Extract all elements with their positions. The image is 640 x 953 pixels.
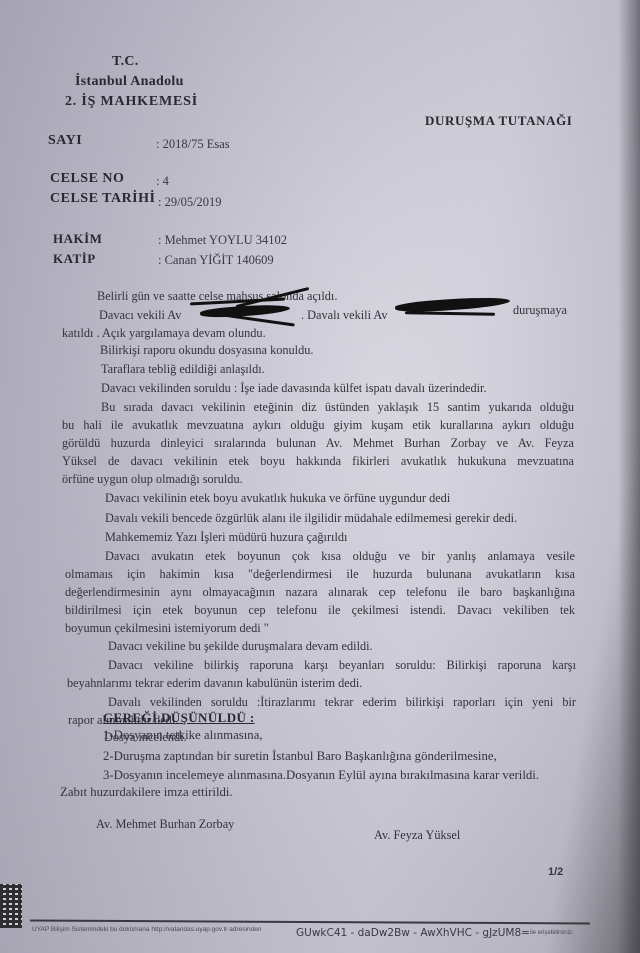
body-line: Davacı vekiline bu şekilde duruşmalara d… (108, 639, 373, 654)
signature-left: Av. Mehmet Burhan Zorbay (96, 817, 234, 832)
body-line: Yüksel de davacı vekilinin etek boyu hak… (62, 454, 574, 469)
document-title: DURUŞMA TUTANAĞI (425, 113, 572, 129)
header-court: 2. İŞ MAHKEMESİ (65, 94, 198, 110)
signature-right: Av. Feyza Yüksel (374, 828, 460, 843)
body-line: boyumun çekilmesini istemiyorum dedi " (65, 621, 269, 636)
body-line: Davacı vekilinin etek boyu avukatlık huk… (105, 491, 450, 506)
hakim-label: HAKİM (53, 231, 102, 247)
celse-tarihi-label: CELSE TARİHİ (50, 191, 155, 207)
body-line: olmamaıs için hakimin kısa "değerlendirm… (65, 567, 575, 582)
decision-item: 3-Dosyanın incelemeye alınmasına.Dosyanı… (103, 768, 539, 783)
decision-item: 2-Duruşma zaptından bir suretin İstanbul… (103, 749, 497, 764)
footer-note: UYAP Bilişim Sistemindeki bu dokümana ht… (32, 926, 261, 933)
body-line: bu hali ile avukatlık mevzuatına aykırı … (62, 418, 574, 433)
katip-value: : Canan YİĞİT 140609 (158, 253, 274, 268)
celse-no-label: CELSE NO (50, 171, 124, 187)
sayi-label: SAYI (48, 133, 82, 149)
body-line: Davacı vekilinden soruldu : İşe iade dav… (101, 381, 487, 396)
page-edge-shadow (618, 0, 640, 953)
katip-label: KATİP (53, 251, 96, 267)
body-line: Davacı vekiline bilirkiş raporuna karşı … (108, 658, 576, 673)
body-line: . Davalı vekili Av (301, 308, 388, 323)
body-line: duruşmaya (513, 303, 567, 318)
body-line: Taraflara tebliğ edildiği anlaşıldı. (101, 362, 265, 377)
verification-code: GUwkC41 - daDw2Bw - AwXhVHC - gJzUM8= (296, 927, 530, 939)
body-line: görüldü huzurda dinleyici sıralarında bu… (62, 436, 574, 451)
celse-no-value: : 4 (156, 174, 169, 189)
decision-item: 1-Dosyanın tetkike alınmasına, (103, 728, 263, 743)
footer-suffix: ile erişebilirsiniz. (530, 930, 574, 936)
body-line: Davalı vekilinden soruldu :İtirazlarımı … (108, 695, 576, 710)
body-line: Davalı vekili bencede özgürlük alanı ile… (105, 511, 517, 526)
body-line: örfüne uygun olup olmadığı soruldu. (62, 472, 243, 487)
body-line: Davacı vekili Av (99, 308, 181, 323)
body-line: beyahnlarımı tekrar ederim davanın kabul… (67, 676, 362, 691)
sayi-value: : 2018/75 Esas (156, 137, 230, 152)
body-line: Mahkememiz Yazı İşleri müdürü huzura çağ… (105, 530, 347, 545)
celse-tarihi-value: : 29/05/2019 (158, 195, 222, 210)
header-tc: T.C. (112, 54, 139, 70)
body-line: Bilirkişi raporu okundu dosyasına konuld… (100, 343, 313, 358)
header-city: İstanbul Anadolu (75, 74, 184, 90)
page-number: 1/2 (548, 866, 563, 878)
body-line: katıldı . Açık yargılamaya devam olundu. (62, 326, 266, 341)
body-line: Davacı avukatın etek boyunun çok kısa ol… (105, 549, 575, 564)
hakim-value: : Mehmet YOYLU 34102 (158, 233, 287, 248)
body-line: değerlendirmesinin aynı olmayacağının na… (65, 585, 575, 600)
qr-code (0, 884, 22, 928)
body-line: bildirilmesi için etek boyunun cep telef… (65, 603, 575, 618)
body-line: Bu sırada davacı vekilinin eteğinin diz … (101, 400, 574, 415)
decision-closing: Zabıt huzurdakilere imza ettirildi. (60, 785, 233, 800)
decision-heading: GEREĞİ.DÜŞÜNÜLDÜ : (103, 710, 255, 726)
